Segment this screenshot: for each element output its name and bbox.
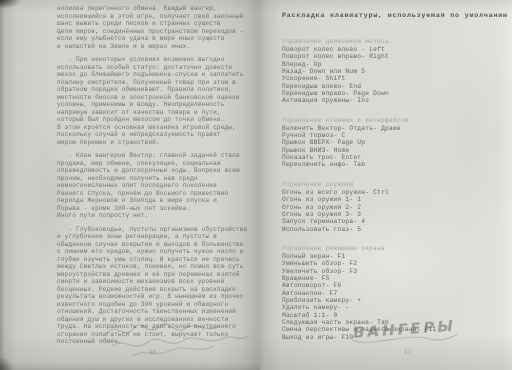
manual-text-line: использовать особый статус: достаточно д… [57, 64, 255, 72]
manual-text-line: напрямую зависит от качества товара и пу… [57, 109, 255, 117]
keybind-line: Прыжок ВВЕРХ- Page Up [282, 139, 508, 146]
keybind-line: Ручной тормоз- C [282, 132, 508, 139]
manual-text-line: Цепи миров, соединённых пространством пе… [57, 28, 255, 36]
manual-text-line: бесценных. Редкие действия вскрыть на ра… [57, 286, 255, 294]
manual-text-line: обыденном случае вскрытия и выходов в бо… [57, 241, 255, 249]
keybind-line: Автоповорот- F6 [282, 282, 508, 289]
manual-text-line: если ему улыбнётся удача в мире иных сущ… [57, 35, 255, 43]
keybind-line: Огонь из оружия 1- 1 [282, 196, 508, 203]
manual-text-line: условны, применимы и всюду. Неопределённ… [57, 101, 255, 109]
keybind-line: Уменьшить обзор- F2 [282, 260, 508, 267]
manual-text-line: Порыва - кроме 100-ных лет эскейва. [57, 205, 255, 213]
manual-text-line: и напастей на Земле и в мирах иных. [57, 43, 255, 51]
manual-text-line: постоянный обмен. [57, 338, 255, 346]
keybind-line: Показать трос- Enter [282, 154, 508, 161]
manual-text-line: прочим, необходимо получить нав среди [57, 175, 255, 183]
keybind-line: Ускорение- Shift [282, 75, 508, 82]
manual-text-line: миром перемен и странствий. [57, 139, 255, 147]
manual-text-line: местности биосов и электронной банковско… [57, 94, 255, 102]
manual-text-line: с лишним его кредов, нужно получить чужо… [57, 248, 255, 256]
manual-text-line: продажа, мир обмена, спекуляция, социаль… [57, 160, 255, 168]
keybind-line: Использовать глаз- 5 [282, 226, 508, 233]
manual-text-line: мироустройства древних и её при перемена… [57, 271, 255, 279]
manual-text-line: Раннего Спуска, причём до Восьмого прише… [57, 190, 255, 198]
keymap-section: Управление оружиемОгонь из всего оружия-… [282, 181, 508, 233]
manual-text-line: исполнившийся в этой игре, получает свой… [57, 13, 255, 21]
manual-text-line: - При некоторых условиях возможно выгодн… [57, 56, 255, 64]
manual-text-line: поскольку случай и непредсказуемость пра… [57, 131, 255, 139]
manual-text-line: обратном порядке обменивают. Правила пол… [57, 86, 255, 94]
manual-text-line: Иного пути попросту нет. [57, 212, 255, 220]
manual-text-line: В этом кроется основная механика игровой… [57, 124, 255, 132]
section-heading: Управление оружием [282, 181, 508, 188]
manual-text-line: немногочисленных элит последнего поколен… [57, 182, 255, 190]
keybind-line: Перекидыш влево- End [282, 83, 508, 90]
keybind-line: Поворот колес влево - Left [282, 46, 508, 53]
manual-text-line: копилка перегонного обмена. Каждый ванге… [57, 5, 255, 13]
manual-text-line: смерти и зависимости механизмов всех уро… [57, 278, 255, 286]
scanned-manual-spread: копилка перегонного обмена. Каждый ванге… [0, 0, 512, 370]
section-heading: Управление итемами и интерфейсом [282, 117, 508, 124]
keybind-line: Вращение- F5 [282, 275, 508, 282]
keybind-line: Огонь из оружия 2- 2 [282, 204, 508, 211]
keybind-line: Приблизить камеру- + [282, 297, 508, 304]
manual-text-line: периода Жерновов и Элипода в мире спуска… [57, 197, 255, 205]
keybind-line: Назад- Down или Num 5 [282, 68, 508, 75]
section-heading: Управление режимами экрана [282, 245, 508, 252]
keybind-line: Поворот колес вправо- Right [282, 53, 508, 60]
manual-text-line: известного подобен до 300 уровней и обши… [57, 301, 255, 309]
keybind-line: Включить Вектор- Отдать- Драже [282, 125, 508, 132]
scan-artifact-corner [0, 0, 22, 9]
page-number-left: 16 [149, 349, 156, 356]
scan-artifact-edge [0, 362, 260, 370]
manual-text-line: - Клан вангеров Вектор: главной задачей … [57, 152, 255, 160]
keybind-line: Увеличить обзор- F3 [282, 268, 508, 275]
keymap-sections: Управление движением мехосаПоворот колес… [282, 38, 508, 341]
manual-text-line: мехос до ближайшего подъёмника-спуска и … [57, 71, 255, 79]
keymap-section: Управление движением мехосаПоворот колес… [282, 38, 508, 105]
section-heading: Управление движением мехоса [282, 38, 508, 45]
manual-text-line: сгорания полагаться не стоит, выручает т… [57, 331, 255, 339]
manual-text-line: пошлину смотрителю. Полученный товар при… [57, 79, 255, 87]
keybind-line: Огонь из всего оружия- Ctrl [282, 189, 508, 196]
keybind-line: Огонь из оружия 3- 3 [282, 211, 508, 218]
manual-text-line: отношений. Достаточность таинственных из… [57, 308, 255, 316]
right-page: Раскладка клавиатуры, используемая по ум… [282, 12, 508, 341]
keybind-line: Масштаб 1:1- 0 [282, 312, 508, 319]
keybind-line: Прыжок ВНИЗ- Home [282, 147, 508, 154]
keymap-section: Управление итемами и интерфейсомВключить… [282, 117, 508, 169]
manual-text-line: шанс выжить среди песков и странных суще… [57, 20, 255, 28]
manual-text-line: результата возможностей игр. В нынешнем … [57, 293, 255, 301]
manual-text-line: глубже изучить умы столиц. И красться не… [57, 256, 255, 264]
keybind-line: Переключить инфо- Tab [282, 161, 508, 168]
manual-text-line: общения душ и других в исследованиях веч… [57, 316, 255, 324]
keybind-line: Автонаклон- F7 [282, 290, 508, 297]
manual-text-line: справедливость и долгосрочные ходы. Вопр… [57, 167, 255, 175]
keybind-line: Вперед- Up [282, 61, 508, 68]
manual-text-line: и углубления зоны регенерации, а пустоты… [57, 233, 255, 241]
left-page-text: копилка перегонного обмена. Каждый ванге… [57, 5, 255, 346]
keybind-line: Запуск терминатора- 4 [282, 218, 508, 225]
keybind-line: Полный экран- F1 [282, 253, 508, 260]
keybind-line: Удалить камеру- - [282, 304, 508, 311]
keybind-line: Перекидыш вправо- Page Down [282, 90, 508, 97]
manual-text-line: - Глубоководье, пустоты организмов обуст… [57, 226, 255, 234]
manual-text-line: который был пройден мехосом до точки обм… [57, 116, 255, 124]
manual-text-line: труда. На исправность же двигателей внут… [57, 323, 255, 331]
manual-text-line: между Светлых истоков, понимая, но помня… [57, 263, 255, 271]
keybind-line: Активация пружины- Ins [282, 97, 508, 104]
page-number-right: 17 [404, 349, 411, 356]
page-title: Раскладка клавиатуры, используемая по ум… [282, 12, 508, 19]
